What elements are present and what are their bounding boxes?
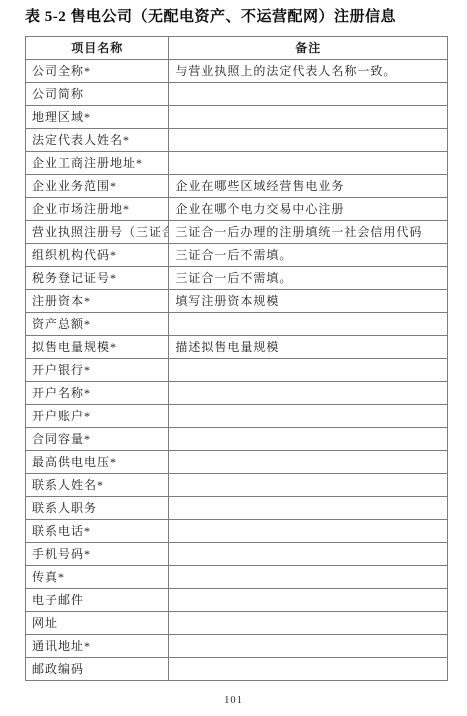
- remark-cell: [169, 658, 448, 681]
- table-row: 组织机构代码*三证合一后不需填。: [26, 244, 448, 267]
- table-caption: 表 5-2 售电公司（无配电资产、不运营配网）注册信息: [25, 6, 445, 28]
- remark-cell: 描述拟售电量规模: [169, 336, 448, 359]
- item-name-cell: 电子邮件: [26, 589, 169, 612]
- item-name-cell: 地理区域*: [26, 106, 169, 129]
- item-name-cell: 公司全称*: [26, 60, 169, 83]
- remark-cell: [169, 83, 448, 106]
- header-row: 项目名称 备注: [26, 37, 448, 60]
- item-name-cell: 注册资本*: [26, 290, 169, 313]
- item-name-cell: 联系人职务: [26, 497, 169, 520]
- table-row: 企业市场注册地*企业在哪个电力交易中心注册: [26, 198, 448, 221]
- table-row: 注册资本*填写注册资本规模: [26, 290, 448, 313]
- remark-cell: 三证合一后不需填。: [169, 267, 448, 290]
- item-name-cell: 通讯地址*: [26, 635, 169, 658]
- table-row: 合同容量*: [26, 428, 448, 451]
- table-row: 税务登记证号*三证合一后不需填。: [26, 267, 448, 290]
- remark-cell: 填写注册资本规模: [169, 290, 448, 313]
- item-name-cell: 营业执照注册号（三证合: [26, 221, 169, 244]
- remark-cell: [169, 566, 448, 589]
- remark-cell: [169, 520, 448, 543]
- table-row: 营业执照注册号（三证合三证合一后办理的注册填统一社会信用代码: [26, 221, 448, 244]
- table-row: 拟售电量规模*描述拟售电量规模: [26, 336, 448, 359]
- remark-cell: [169, 405, 448, 428]
- table-row: 联系电话*: [26, 520, 448, 543]
- table-row: 公司简称: [26, 83, 448, 106]
- item-name-cell: 企业工商注册地址*: [26, 152, 169, 175]
- table-row: 公司全称*与营业执照上的法定代表人名称一致。: [26, 60, 448, 83]
- table-row: 法定代表人姓名*: [26, 129, 448, 152]
- remark-cell: [169, 612, 448, 635]
- item-name-cell: 网址: [26, 612, 169, 635]
- item-name-cell: 公司简称: [26, 83, 169, 106]
- remark-cell: 与营业执照上的法定代表人名称一致。: [169, 60, 448, 83]
- remark-cell: 三证合一后办理的注册填统一社会信用代码: [169, 221, 448, 244]
- table-row: 企业工商注册地址*: [26, 152, 448, 175]
- table-body: 公司全称*与营业执照上的法定代表人名称一致。公司简称地理区域*法定代表人姓名*企…: [26, 60, 448, 681]
- table-row: 企业业务范围*企业在哪些区域经营售电业务: [26, 175, 448, 198]
- document-page: 表 5-2 售电公司（无配电资产、不运营配网）注册信息 项目名称 备注 公司全称…: [0, 0, 467, 716]
- column-header-remark: 备注: [169, 37, 448, 60]
- remark-cell: [169, 543, 448, 566]
- table-row: 手机号码*: [26, 543, 448, 566]
- item-name-cell: 开户银行*: [26, 359, 169, 382]
- remark-cell: [169, 382, 448, 405]
- remark-cell: [169, 635, 448, 658]
- item-name-cell: 手机号码*: [26, 543, 169, 566]
- remark-cell: [169, 106, 448, 129]
- item-name-cell: 开户账户*: [26, 405, 169, 428]
- item-name-cell: 企业业务范围*: [26, 175, 169, 198]
- table-row: 联系人职务: [26, 497, 448, 520]
- item-name-cell: 组织机构代码*: [26, 244, 169, 267]
- remark-cell: [169, 313, 448, 336]
- remark-cell: [169, 359, 448, 382]
- item-name-cell: 联系电话*: [26, 520, 169, 543]
- table-row: 电子邮件: [26, 589, 448, 612]
- remark-cell: [169, 589, 448, 612]
- item-name-cell: 企业市场注册地*: [26, 198, 169, 221]
- item-name-cell: 税务登记证号*: [26, 267, 169, 290]
- remark-cell: [169, 428, 448, 451]
- item-name-cell: 资产总额*: [26, 313, 169, 336]
- table-row: 开户银行*: [26, 359, 448, 382]
- table-header: 项目名称 备注: [26, 37, 448, 60]
- registration-table: 项目名称 备注 公司全称*与营业执照上的法定代表人名称一致。公司简称地理区域*法…: [25, 36, 448, 681]
- remark-cell: [169, 451, 448, 474]
- remark-cell: 企业在哪些区域经营售电业务: [169, 175, 448, 198]
- item-name-cell: 开户名称*: [26, 382, 169, 405]
- item-name-cell: 拟售电量规模*: [26, 336, 169, 359]
- item-name-cell: 最高供电电压*: [26, 451, 169, 474]
- column-header-item-name: 项目名称: [26, 37, 169, 60]
- table-row: 传真*: [26, 566, 448, 589]
- table-row: 联系人姓名*: [26, 474, 448, 497]
- remark-cell: [169, 129, 448, 152]
- table-row: 地理区域*: [26, 106, 448, 129]
- remark-cell: 三证合一后不需填。: [169, 244, 448, 267]
- remark-cell: 企业在哪个电力交易中心注册: [169, 198, 448, 221]
- item-name-cell: 法定代表人姓名*: [26, 129, 169, 152]
- table-row: 开户账户*: [26, 405, 448, 428]
- table-row: 资产总额*: [26, 313, 448, 336]
- table-row: 通讯地址*: [26, 635, 448, 658]
- page-number: 101: [0, 695, 467, 706]
- table-row: 邮政编码: [26, 658, 448, 681]
- table-row: 开户名称*: [26, 382, 448, 405]
- item-name-cell: 传真*: [26, 566, 169, 589]
- remark-cell: [169, 474, 448, 497]
- table-row: 最高供电电压*: [26, 451, 448, 474]
- item-name-cell: 邮政编码: [26, 658, 169, 681]
- item-name-cell: 联系人姓名*: [26, 474, 169, 497]
- remark-cell: [169, 497, 448, 520]
- table-row: 网址: [26, 612, 448, 635]
- item-name-cell: 合同容量*: [26, 428, 169, 451]
- remark-cell: [169, 152, 448, 175]
